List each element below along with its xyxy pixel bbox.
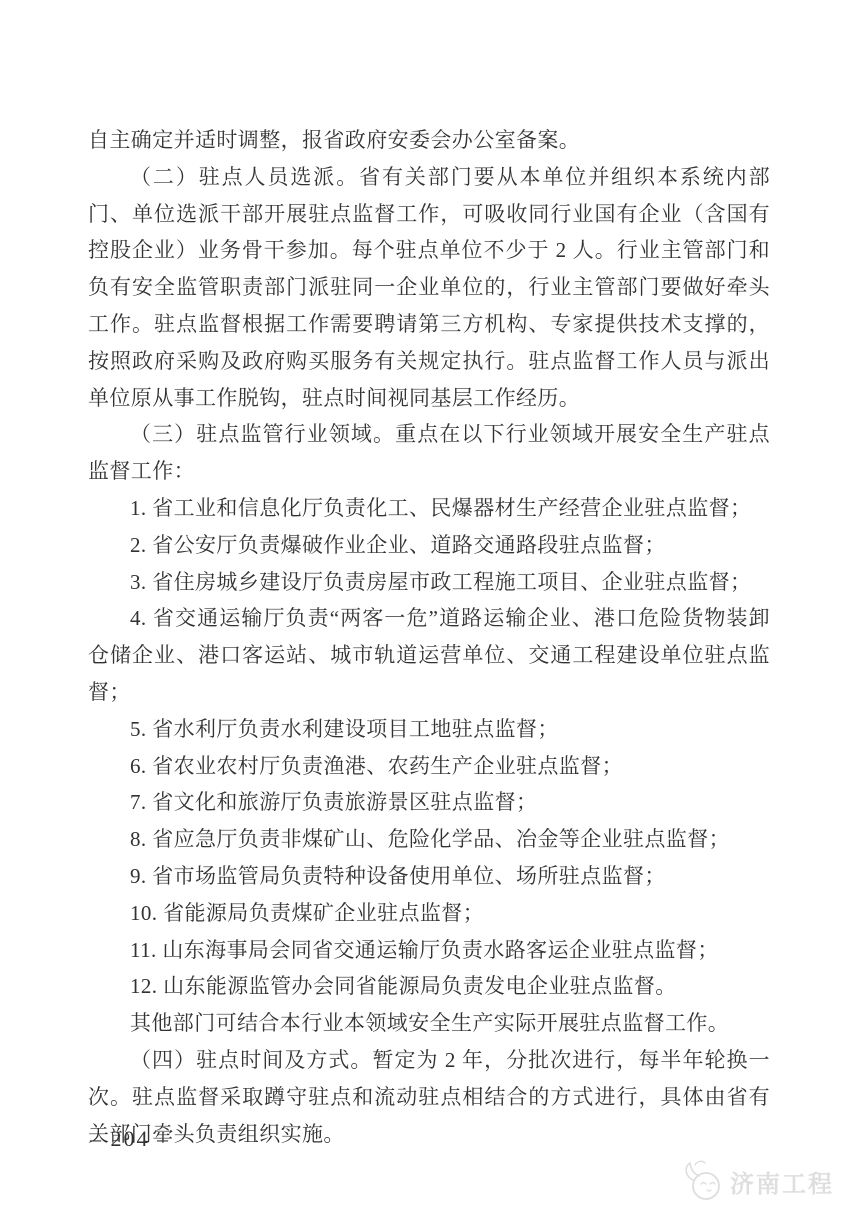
paragraph: 2. 省公安厅负责爆破作业企业、道路交通路段驻点监督；: [88, 527, 770, 564]
paragraph: 8. 省应急厅负责非煤矿山、危险化学品、冶金等企业驻点监督；: [88, 821, 770, 858]
watermark: 济南工程: [681, 1158, 834, 1204]
paragraph: 其他部门可结合本行业本领域安全生产实际开展驻点监督工作。: [88, 1005, 770, 1042]
paragraph: （三）驻点监管行业领域。重点在以下行业领域开展安全生产驻点监督工作：: [88, 416, 770, 490]
paragraph: 12. 山东能源监管办会同省能源局负责发电企业驻点监督。: [88, 968, 770, 1005]
paragraph: 1. 省工业和信息化厅负责化工、民爆器材生产经营企业驻点监督；: [88, 490, 770, 527]
mascot-face-icon: [681, 1158, 725, 1204]
document-page: 自主确定并适时调整，报省政府安委会办公室备案。（二）驻点人员选派。省有关部门要从…: [0, 0, 856, 1225]
paragraph: 4. 省交通运输厅负责“两客一危”道路运输企业、港口危险货物装卸仓储企业、港口客…: [88, 600, 770, 710]
paragraph: 9. 省市场监管局负责特种设备使用单位、场所驻点监督；: [88, 858, 770, 895]
paragraph: 3. 省住房城乡建设厅负责房屋市政工程施工项目、企业驻点监督；: [88, 564, 770, 601]
paragraph: 7. 省文化和旅游厅负责旅游景区驻点监督；: [88, 784, 770, 821]
paragraph: 6. 省农业农村厅负责渔港、农药生产企业驻点监督；: [88, 748, 770, 785]
paragraph: （四）驻点时间及方式。暂定为 2 年，分批次进行，每半年轮换一次。驻点监督采取蹲…: [88, 1042, 770, 1152]
document-body: 自主确定并适时调整，报省政府安委会办公室备案。（二）驻点人员选派。省有关部门要从…: [88, 122, 770, 1152]
paragraph: 自主确定并适时调整，报省政府安委会办公室备案。: [88, 122, 770, 159]
paragraph: 5. 省水利厅负责水利建设项目工地驻点监督；: [88, 711, 770, 748]
page-number: – 204 –: [90, 1124, 170, 1154]
paragraph: 10. 省能源局负责煤矿企业驻点监督；: [88, 895, 770, 932]
paragraph: （二）驻点人员选派。省有关部门要从本单位并组织本系统内部门、单位选派干部开展驻点…: [88, 159, 770, 417]
watermark-text: 济南工程: [730, 1164, 834, 1199]
paragraph: 11. 山东海事局会同省交通运输厅负责水路客运企业驻点监督；: [88, 932, 770, 969]
